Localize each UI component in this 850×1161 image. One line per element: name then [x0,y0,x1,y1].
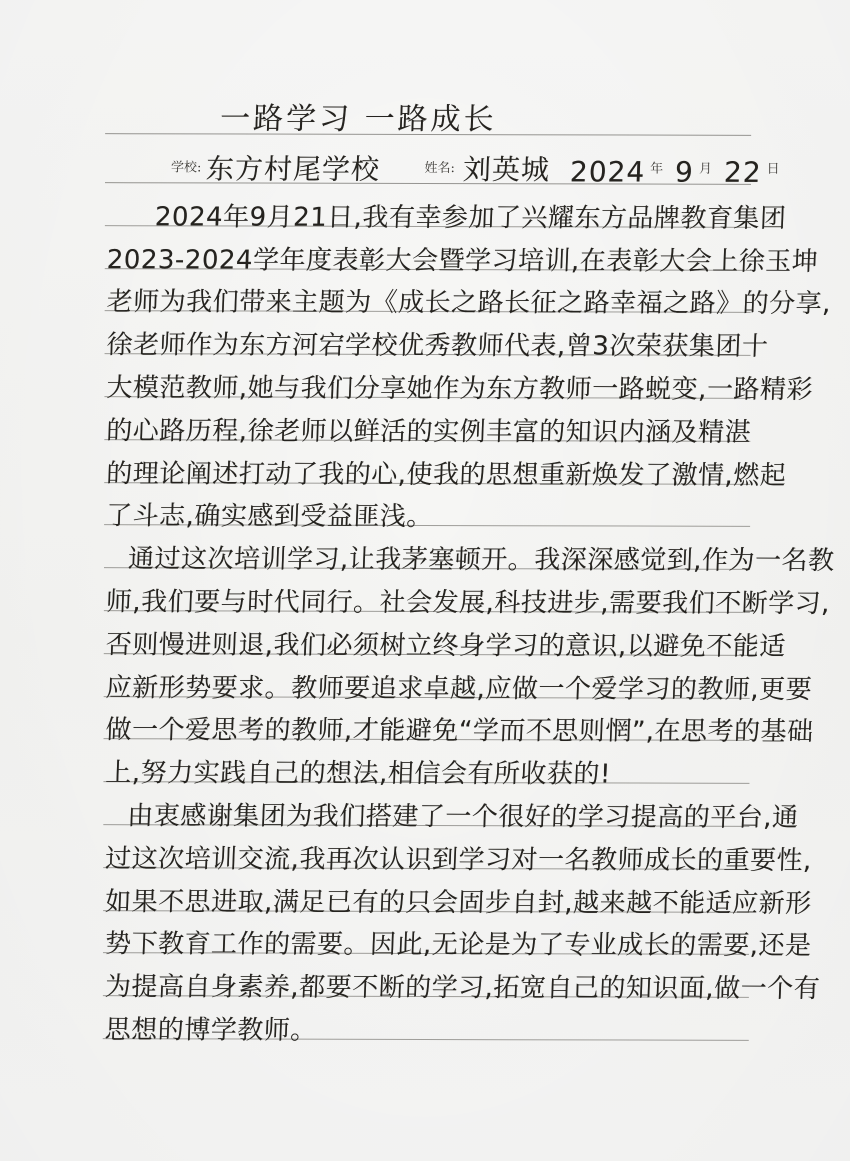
essay-line-text: 做一个爱思考的教师,才能避免“学而不思则惘”,在思考的基础 [105,718,814,746]
school-label: 学校: [171,156,201,182]
essay-line-text: 上,努力实践自己的想法,相信会有所收获的! [105,760,611,787]
essay-line-text: 了斗志,确实感到受益匪浅。 [106,504,434,531]
scanned-essay-page: 一路学习 一路成长 学校: 东方村尾学校 姓名: 刘英城 2024 年 9 月 … [0,0,850,1161]
essay-line-text: 势下教育工作的需要。因此,无论是为了专业成长的需要,还是 [105,932,813,960]
student-name: 刘英城 [462,148,551,188]
essay-line-text: 通过这次培训学习,让我茅塞顿开。我深深感觉到,作为一名教 [128,546,836,574]
essay-body: 2024年9月21日,我有幸参加了兴耀东方品牌教育集团2023-2024学年度表… [103,183,751,1041]
day-unit-label: 日 [767,158,780,184]
essay-line: 2024年9月21日,我有幸参加了兴耀东方品牌教育集团 [105,183,751,227]
essay-line-text: 思想的博学教师。 [104,1017,317,1044]
essay-line-text: 的理论阐述打动了我的心,使我的思想重新焕发了激情,燃起 [106,461,787,489]
date-month: 9 [675,156,695,189]
essay-line-text: 2024年9月21日,我有幸参加了兴耀东方品牌教育集团 [154,204,787,232]
essay-line-text: 2023-2024学年度表彰大会暨学习培训,在表彰大会上徐玉坤 [106,247,818,275]
essay-line-text: 应新形势要求。教师要追求卓越,应做一个爱学习的教师,更要 [105,675,813,703]
essay-line-text: 如果不思进取,满足已有的只会固步自封,越来越不能适应新形 [105,889,813,917]
essay-line-text: 过这次培训交流,我再次认识到学习对一名教师成长的重要性, [105,846,813,874]
essay-line-text: 师,我们要与时代同行。社会发展,科技进步,需要我们不断学习, [105,589,830,617]
month-unit-label: 月 [699,158,712,184]
essay-line-text: 为提高自身素养,都要不断的学习,拓宽自己的知识面,做一个有 [104,974,820,1002]
essay-title: 一路学习 一路成长 [219,93,497,138]
paper-sheet: 一路学习 一路成长 学校: 东方村尾学校 姓名: 刘英城 2024 年 9 月 … [103,93,751,1041]
name-label: 姓名: [424,157,454,183]
school-name: 东方村尾学校 [206,147,382,187]
essay-line-text: 大模范教师,她与我们分享她作为东方教师一路蜕变,一路精彩 [106,375,814,403]
essay-title-row: 一路学习 一路成长 [105,93,751,136]
date-year: 2024 [569,155,646,188]
essay-line-text: 徐老师作为东方河宕学校优秀教师代表,曾3次荣获集团十 [106,332,769,360]
essay-line-text: 由衷感谢集团为我们搭建了一个很好的学习提高的平台,通 [127,803,799,831]
essay-line: 通过这次培训学习,让我茅塞顿开。我深深感觉到,作为一名教 [104,526,750,570]
essay-line-text: 的心路历程,徐老师以鲜活的实例丰富的知识内涵及精湛 [106,418,752,446]
essay-line-text: 老师为我们带来主题为《成长之路长征之路幸福之路》的分享, [106,290,831,318]
essay-header-row: 学校: 东方村尾学校 姓名: 刘英城 2024 年 9 月 22 日 [105,134,751,185]
year-unit-label: 年 [650,158,663,184]
date-day: 22 [723,156,762,189]
essay-line-text: 否则慢进则退,我们必须树立终身学习的意识,以避免不能适 [105,632,786,660]
